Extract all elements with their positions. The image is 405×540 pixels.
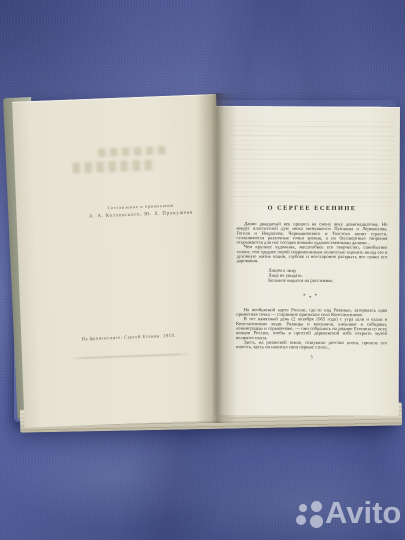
- showthrough-text-blur: [98, 146, 166, 157]
- frontispiece-note: На фронтисписе: Сергей Есенин. 1919.: [46, 331, 211, 342]
- asterisk-separator: ***: [236, 293, 387, 301]
- verse-line: Большое видится на расстоянье.: [268, 278, 387, 284]
- showthrough-text-blur: [73, 159, 156, 173]
- paragraph-2: Чем крупнее художник, масштабнее его тво…: [236, 245, 387, 264]
- paragraph-1: Давно двадцатый век пришел на смену веку…: [236, 222, 387, 246]
- avito-brand-text: Avito: [325, 497, 401, 528]
- logo-dot: [296, 515, 306, 525]
- right-page: О СЕРГЕЕ ЕСЕНИНЕ Давно двадцатый век при…: [214, 106, 400, 416]
- logo-dot: [310, 515, 323, 528]
- page-text-block: О СЕРГЕЕ ЕСЕНИНЕ Давно двадцатый век при…: [236, 204, 388, 360]
- verse-quote: Лицом к лицу Лица не увидать. Большое ви…: [268, 268, 387, 284]
- paragraph-5: Здесь, на рязанской земле, отшумело детс…: [236, 341, 387, 351]
- showthrough-rule: [70, 353, 190, 359]
- avito-dots-logo-icon: [293, 497, 325, 528]
- paragraph-4: В тот памятный день (2 октября 1965 года…: [236, 317, 387, 341]
- logo-dot: [299, 504, 307, 512]
- page-number: 3: [236, 354, 387, 360]
- chapter-heading: О СЕРГЕЕ ЕСЕНИНЕ: [237, 204, 388, 212]
- left-page: Составление и примечания А. А. Козловско…: [12, 94, 228, 428]
- logo-dot: [311, 501, 322, 512]
- showthrough-lines: [230, 121, 395, 207]
- compiler-credit: Составление и примечания А. А. Козловско…: [68, 201, 213, 220]
- asterisk: *: [315, 293, 321, 299]
- avito-watermark: Avito: [293, 497, 401, 528]
- marketplace-photo-open-book: Составление и примечания А. А. Козловско…: [0, 0, 405, 540]
- asterisk: *: [309, 295, 315, 301]
